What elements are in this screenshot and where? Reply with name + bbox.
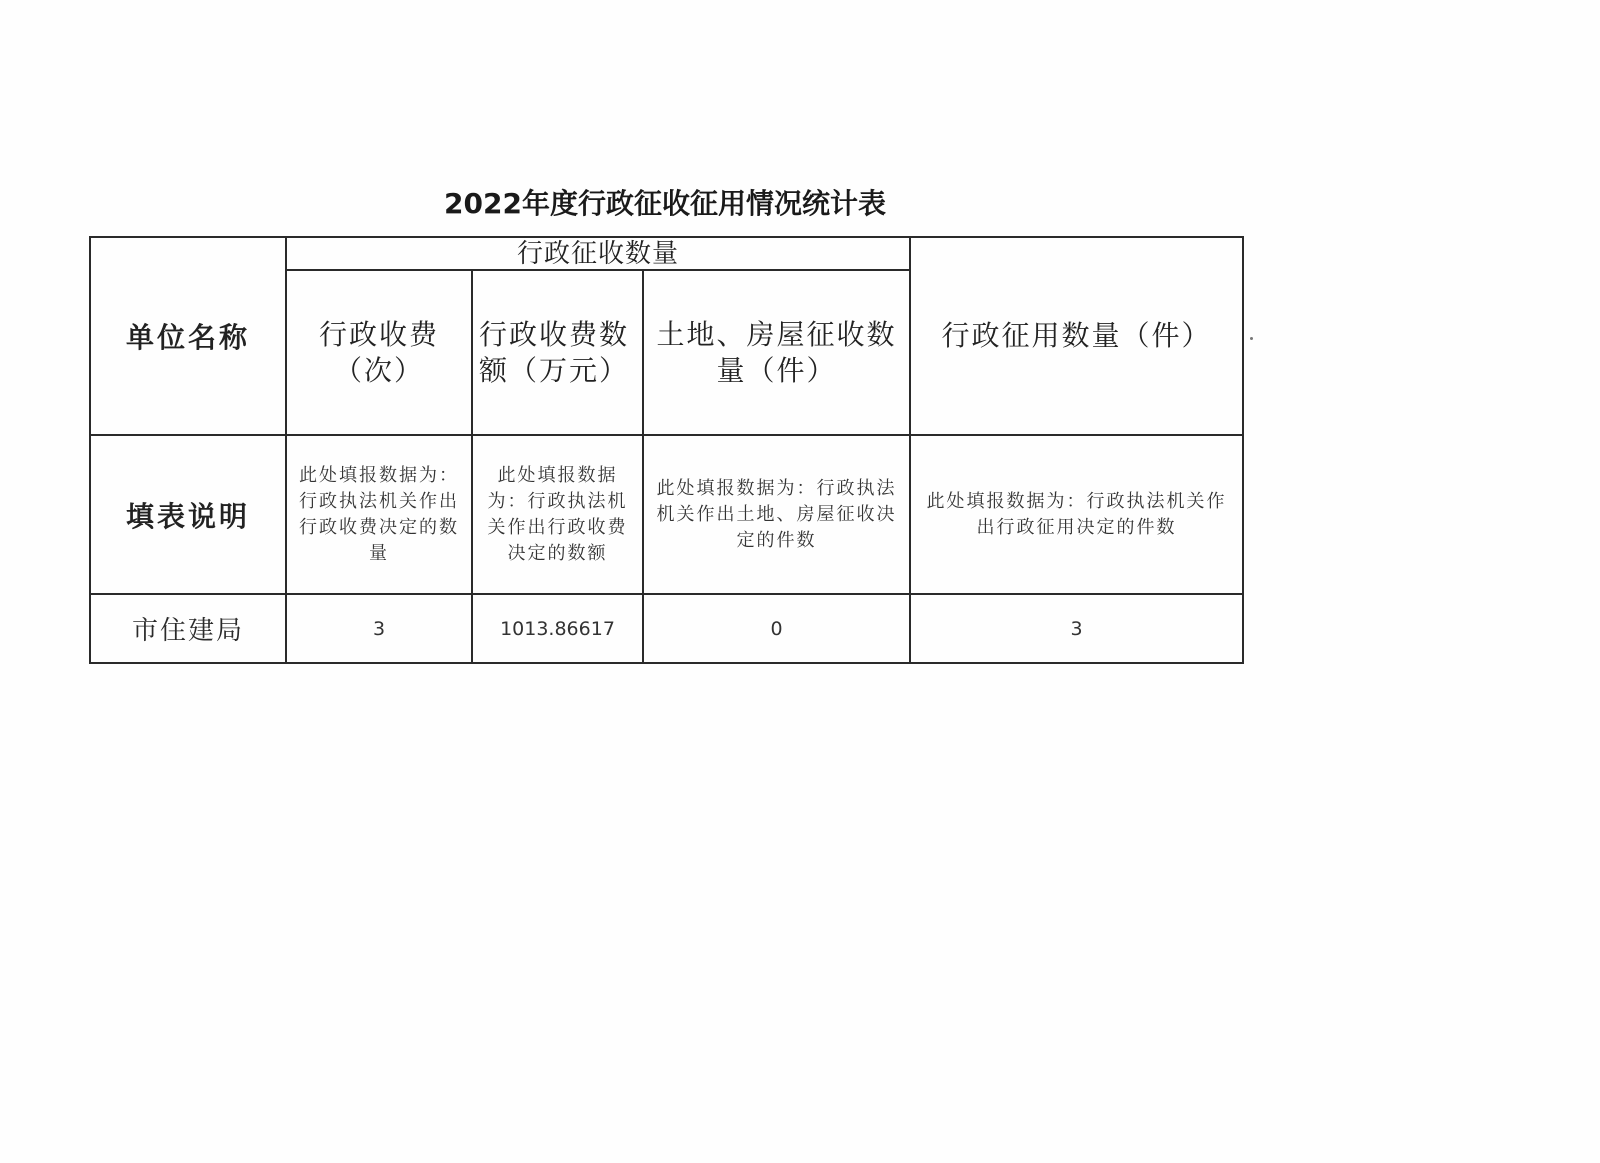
- cell-admin-fee-count: 3: [286, 594, 472, 663]
- header-line: 额（万元）: [479, 353, 636, 389]
- instruction-note-admin-fee-amount: 此处填报数据为：行政执法机关作出行政收费决定的数额: [472, 435, 643, 594]
- header-line: 行政收费数: [479, 317, 636, 353]
- header-admin-fee-amount: 行政收费数 额（万元）: [472, 270, 643, 435]
- cell-admin-fee-amount: 1013.86617: [472, 594, 643, 663]
- header-admin-requisition-count: 行政征用数量（件）: [910, 237, 1243, 435]
- header-line: 量（件）: [650, 353, 903, 389]
- instruction-note-admin-fee-count: 此处填报数据为：行政执法机关作出行政收费决定的数量: [286, 435, 472, 594]
- header-unit-name: 单位名称: [90, 237, 286, 435]
- header-line: 土地、房屋征收数: [650, 317, 903, 353]
- document-page: 2022年度行政征收征用情况统计表 单位名称 行政征收数量 行政征用数量（件） …: [0, 0, 1600, 1163]
- scan-speck: [1250, 337, 1253, 340]
- header-land-house-levy-count: 土地、房屋征收数 量（件）: [643, 270, 910, 435]
- header-line: 行政收费: [293, 317, 465, 353]
- cell-unit-name: 市住建局: [90, 594, 286, 663]
- header-group-admin-levy: 行政征收数量: [286, 237, 910, 270]
- instructions-row: 填表说明 此处填报数据为：行政执法机关作出行政收费决定的数量 此处填报数据为：行…: [90, 435, 1243, 594]
- cell-admin-requisition-count: 3: [910, 594, 1243, 663]
- instruction-note-land-house-levy: 此处填报数据为：行政执法机关作出土地、房屋征收决定的件数: [643, 435, 910, 594]
- statistics-table: 单位名称 行政征收数量 行政征用数量（件） 行政收费 （次） 行政收费数 额（万…: [89, 236, 1244, 664]
- instructions-label: 填表说明: [90, 435, 286, 594]
- cell-land-house-levy-count: 0: [643, 594, 910, 663]
- table-header-row-1: 单位名称 行政征收数量 行政征用数量（件）: [90, 237, 1243, 270]
- header-line: （次）: [293, 353, 465, 389]
- document-title: 2022年度行政征收征用情况统计表: [420, 184, 910, 224]
- header-admin-fee-count: 行政收费 （次）: [286, 270, 472, 435]
- table-row: 市住建局 3 1013.86617 0 3: [90, 594, 1243, 663]
- instruction-note-admin-requisition: 此处填报数据为：行政执法机关作出行政征用决定的件数: [910, 435, 1243, 594]
